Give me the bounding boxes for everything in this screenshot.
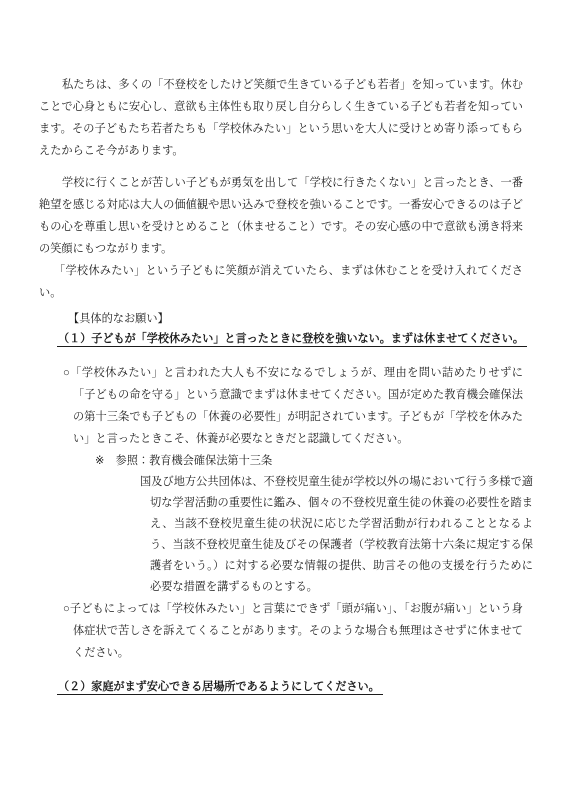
law-reference-label: ※ 参照：教育機会確保法第十三条	[95, 450, 523, 472]
request-1-bullet-2: ○子どもによっては「学校休みたい」と言葉にできず「頭が痛い」、「お腹が痛い」とい…	[63, 598, 523, 664]
document-body: 私たちは、多くの「不登校をしたけど笑顔で生きている子ども若者」を知っています。休…	[39, 74, 523, 698]
request-2-heading: （２）家庭がまず安心できる居場所であるようにしてください。	[57, 676, 523, 698]
request-1-bullet-1: ○「学校休みたい」と言われた大人も不安になるでしょうが、理由を問い詰めたりせずに…	[63, 362, 523, 450]
intro-paragraph-1: 私たちは、多くの「不登校をしたけど笑顔で生きている子ども若者」を知っています。休…	[39, 74, 523, 162]
section-heading-concrete-requests: 【具体的なお願い】	[68, 308, 523, 330]
law-quote-article-13: 国及び地方公共団体は、不登校児童生徒が学校以外の場において行う多様で適切な学習活…	[140, 472, 533, 598]
request-1-heading: （１）子どもが「学校休みたい」と言ったときに登校を強いない。まずは休ませてくださ…	[57, 328, 523, 350]
request-1-heading-text: （１）子どもが「学校休みたい」と言ったときに登校を強いない。まずは休ませてくださ…	[57, 333, 527, 347]
intro-paragraph-3: 「学校休みたい」という子どもに笑顔が消えていたら、まずは休むことを受け入れてくだ…	[39, 260, 523, 304]
request-2-heading-text: （２）家庭がまず安心できる居場所であるようにしてください。	[57, 681, 383, 695]
document-page: 私たちは、多くの「不登校をしたけど笑顔で生きている子ども若者」を知っています。休…	[0, 0, 565, 800]
intro-paragraph-2: 学校に行くことが苦しい子どもが勇気を出して「学校に行きたくない」と言ったとき、一…	[39, 172, 523, 260]
